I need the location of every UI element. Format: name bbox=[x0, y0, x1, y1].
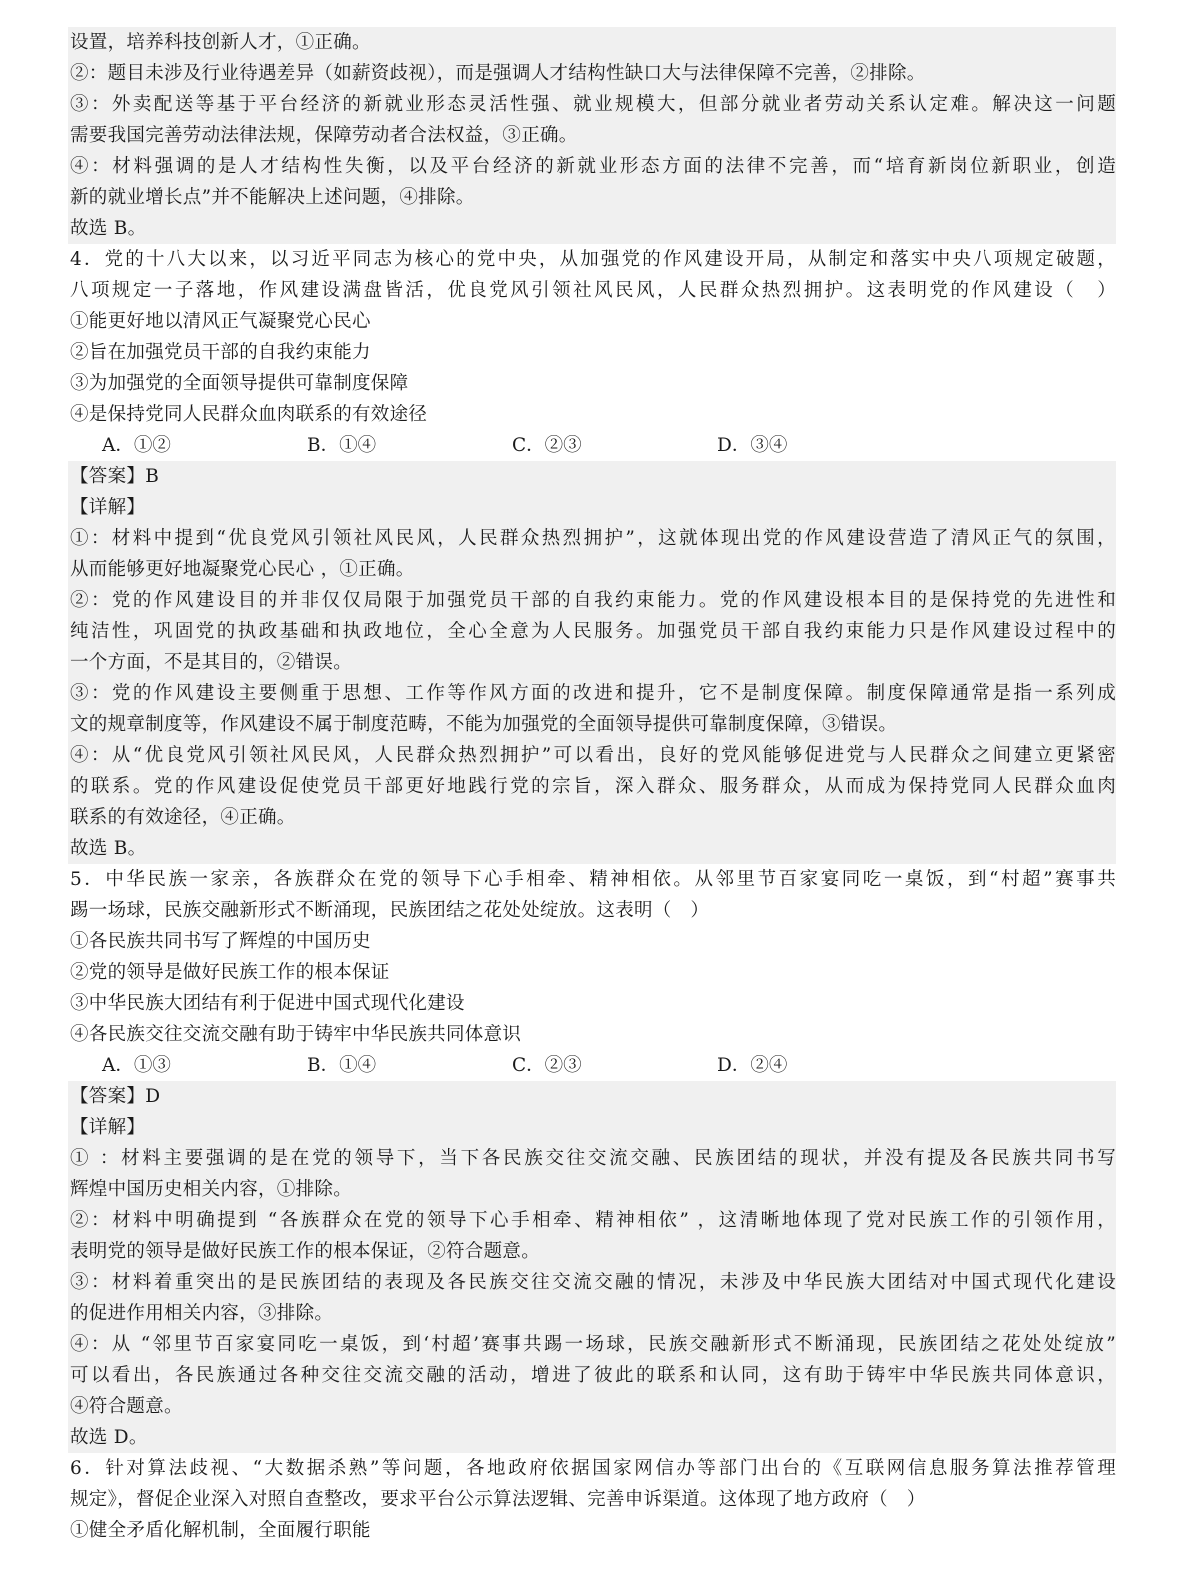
statement-3: ③为加强党的全面领导提供可靠制度保障 bbox=[70, 368, 1116, 399]
option-b: B．①④ bbox=[307, 430, 512, 461]
document-page: 设置，培养科技创新人才，①正确。 ②：题目未涉及行业待遇差异（如薪资歧视），而是… bbox=[70, 27, 1116, 1546]
explanation-line: ③：外卖配送等基于平台经济的新就业形态灵活性强、就业规模大，但部分就业者劳动关系… bbox=[70, 89, 1116, 120]
question-stem-line: 踢一场球，民族交融新形式不断涌现，民族团结之花处处绽放。这表明（ ） bbox=[70, 895, 1116, 926]
explanation-label: 【详解】 bbox=[70, 492, 1116, 523]
question-stem-line: 规定》，督促企业深入对照自查整改，要求平台公示算法逻辑、完善申诉渠道。这体现了地… bbox=[70, 1484, 1116, 1515]
explanation-line: 文的规章制度等，作风建设不属于制度范畴，不能为加强党的全面领导提供可靠制度保障，… bbox=[70, 709, 1116, 740]
q3-explanation-tail: 设置，培养科技创新人才，①正确。 ②：题目未涉及行业待遇差异（如薪资歧视），而是… bbox=[68, 27, 1116, 244]
statement-4: ④是保持党同人民群众血肉联系的有效途径 bbox=[70, 399, 1116, 430]
statement-1: ①健全矛盾化解机制，全面履行职能 bbox=[70, 1515, 1116, 1546]
question-stem-line: 八项规定一子落地，作风建设满盘皆活，优良党风引领社风民风，人民群众热烈拥护。这表… bbox=[70, 275, 1116, 306]
explanation-line: ②：党的作风建设目的并非仅仅局限于加强党员干部的自我约束能力。党的作风建设根本目… bbox=[70, 585, 1116, 616]
explanation-line: 联系的有效途径，④正确。 bbox=[70, 802, 1116, 833]
answer-label: 【答案】B bbox=[70, 461, 1116, 492]
statement-3: ③中华民族大团结有利于促进中国式现代化建设 bbox=[70, 988, 1116, 1019]
explanation-line: ④：从 “邻里节百家宴同吃一桌饭，到‘村超’赛事共踢一场球，民族交融新形式不断涌… bbox=[70, 1329, 1116, 1360]
statement-4: ④各民族交往交流交融有助于铸牢中华民族共同体意识 bbox=[70, 1019, 1116, 1050]
explanation-line: ②：题目未涉及行业待遇差异（如薪资歧视），而是强调人才结构性缺口大与法律保障不完… bbox=[70, 58, 1116, 89]
answer-label: 【答案】D bbox=[70, 1081, 1116, 1112]
question-stem-line: 6．针对算法歧视、“大数据杀熟”等问题，各地政府依据国家网信办等部门出台的《互联… bbox=[70, 1453, 1116, 1484]
option-c: C．②③ bbox=[512, 430, 717, 461]
final-choice: 故选 D。 bbox=[70, 1422, 1116, 1453]
explanation-line: 需要我国完善劳动法律法规，保障劳动者合法权益，③正确。 bbox=[70, 120, 1116, 151]
explanation-line: 辉煌中国历史相关内容，①排除。 bbox=[70, 1174, 1116, 1205]
question-stem-line: 5．中华民族一家亲，各族群众在党的领导下心手相牵、精神相依。从邻里节百家宴同吃一… bbox=[70, 864, 1116, 895]
option-d: D．②④ bbox=[717, 1050, 922, 1081]
statement-2: ②旨在加强党员干部的自我约束能力 bbox=[70, 337, 1116, 368]
explanation-line: ②：材料中明确提到 “各族群众在党的领导下心手相牵、精神相依” ，这清晰地体现了… bbox=[70, 1205, 1116, 1236]
final-choice: 故选 B。 bbox=[70, 833, 1116, 864]
explanation-label: 【详解】 bbox=[70, 1112, 1116, 1143]
explanation-line: 新的就业增长点”并不能解决上述问题，④排除。 bbox=[70, 182, 1116, 213]
option-a: A．①② bbox=[102, 430, 307, 461]
statement-2: ②党的领导是做好民族工作的根本保证 bbox=[70, 957, 1116, 988]
statement-1: ①各民族共同书写了辉煌的中国历史 bbox=[70, 926, 1116, 957]
answer-options: A．①② B．①④ C．②③ D．③④ bbox=[70, 430, 1116, 461]
q5-answer-explanation: 【答案】D 【详解】 ① ：材料主要强调的是在党的领导下，当下各民族交往交流交融… bbox=[68, 1081, 1116, 1453]
explanation-line: 表明党的领导是做好民族工作的根本保证，②符合题意。 bbox=[70, 1236, 1116, 1267]
explanation-line: 纯洁性，巩固党的执政基础和执政地位，全心全意为人民服务。加强党员干部自我约束能力… bbox=[70, 616, 1116, 647]
question-5: 5．中华民族一家亲，各族群众在党的领导下心手相牵、精神相依。从邻里节百家宴同吃一… bbox=[70, 864, 1116, 1081]
explanation-line: ③：党的作风建设主要侧重于思想、工作等作风方面的改进和提升，它不是制度保障。制度… bbox=[70, 678, 1116, 709]
final-choice: 故选 B。 bbox=[70, 213, 1116, 244]
explanation-line: ④：从“优良党风引领社风民风，人民群众热烈拥护”可以看出，良好的党风能够促进党与… bbox=[70, 740, 1116, 771]
option-c: C．②③ bbox=[512, 1050, 717, 1081]
explanation-line: 的联系。党的作风建设促使党员干部更好地践行党的宗旨，深入群众、服务群众，从而成为… bbox=[70, 771, 1116, 802]
option-a: A．①③ bbox=[102, 1050, 307, 1081]
explanation-line: 的促进作用相关内容，③排除。 bbox=[70, 1298, 1116, 1329]
explanation-line: ①：材料中提到“优良党风引领社风民风，人民群众热烈拥护”，这就体现出党的作风建设… bbox=[70, 523, 1116, 554]
explanation-line: ① ：材料主要强调的是在党的领导下，当下各民族交往交流交融、民族团结的现状，并没… bbox=[70, 1143, 1116, 1174]
q4-answer-explanation: 【答案】B 【详解】 ①：材料中提到“优良党风引领社风民风，人民群众热烈拥护”，… bbox=[68, 461, 1116, 864]
explanation-line: 一个方面，不是其目的，②错误。 bbox=[70, 647, 1116, 678]
explanation-line: 从而能够更好地凝聚党心民心 ，①正确。 bbox=[70, 554, 1116, 585]
explanation-line: ④：材料强调的是人才结构性失衡，以及平台经济的新就业形态方面的法律不完善，而“培… bbox=[70, 151, 1116, 182]
explanation-line: ③：材料着重突出的是民族团结的表现及各民族交往交流交融的情况，未涉及中华民族大团… bbox=[70, 1267, 1116, 1298]
option-b: B．①④ bbox=[307, 1050, 512, 1081]
question-4: 4．党的十八大以来，以习近平同志为核心的党中央，从加强党的作风建设开局，从制定和… bbox=[70, 244, 1116, 461]
explanation-line: 可以看出，各民族通过各种交往交流交融的活动，增进了彼此的联系和认同，这有助于铸牢… bbox=[70, 1360, 1116, 1391]
question-stem-line: 4．党的十八大以来，以习近平同志为核心的党中央，从加强党的作风建设开局，从制定和… bbox=[70, 244, 1116, 275]
statement-1: ①能更好地以清风正气凝聚党心民心 bbox=[70, 306, 1116, 337]
option-d: D．③④ bbox=[717, 430, 922, 461]
explanation-line: ④符合题意。 bbox=[70, 1391, 1116, 1422]
question-6: 6．针对算法歧视、“大数据杀熟”等问题，各地政府依据国家网信办等部门出台的《互联… bbox=[70, 1453, 1116, 1546]
answer-options: A．①③ B．①④ C．②③ D．②④ bbox=[70, 1050, 1116, 1081]
explanation-line: 设置，培养科技创新人才，①正确。 bbox=[70, 27, 1116, 58]
